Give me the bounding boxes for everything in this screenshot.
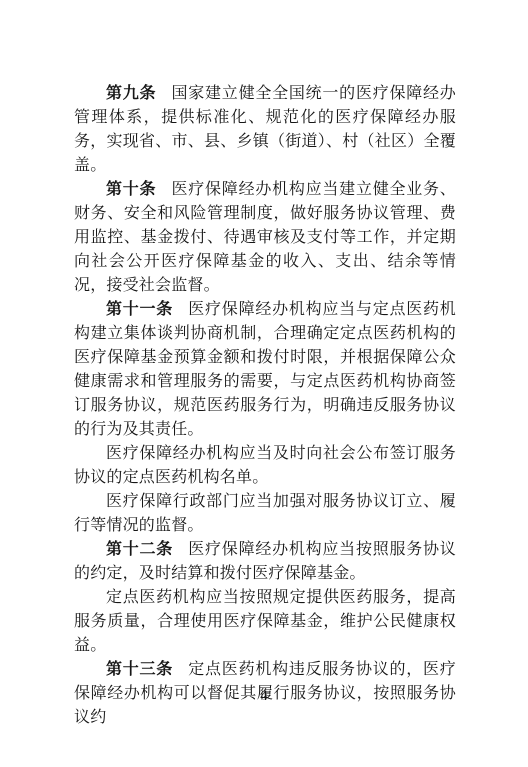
paragraph: 医疗保障经办机构应当及时向社会公布签订服务协议的定点医药机构名单。 <box>74 442 456 490</box>
document-body: 第九条国家建立健全全国统一的医疗保障经办管理体系，提供标准化、规范化的医疗保障经… <box>74 82 456 730</box>
paragraph-text: 定点医药机构应当按照规定提供医药服务，提高服务质量，合理使用医疗保障基金，维护公… <box>74 589 456 654</box>
paragraph-text: 医疗保障经办机构应当与定点医药机构建立集体谈判协商机制，合理确定定点医药机构的医… <box>74 301 456 438</box>
paragraph: 医疗保障行政部门应当加强对服务协议订立、履行等情况的监督。 <box>74 490 456 538</box>
article-number-label: 第九条 <box>106 85 156 102</box>
article-number-label: 第十条 <box>106 181 156 198</box>
paragraph: 第九条国家建立健全全国统一的医疗保障经办管理体系，提供标准化、规范化的医疗保障经… <box>74 82 456 178</box>
document-page: 第九条国家建立健全全国统一的医疗保障经办管理体系，提供标准化、规范化的医疗保障经… <box>0 0 528 767</box>
paragraph-text: 医疗保障经办机构应当及时向社会公布签订服务协议的定点医药机构名单。 <box>74 445 456 486</box>
page-number: 4 <box>0 688 528 705</box>
article-number-label: 第十二条 <box>106 541 173 558</box>
article-number-label: 第十三条 <box>106 661 173 678</box>
paragraph: 第十二条医疗保障经办机构应当按照服务协议的约定，及时结算和拨付医疗保障基金。 <box>74 538 456 586</box>
paragraph: 定点医药机构应当按照规定提供医药服务，提高服务质量，合理使用医疗保障基金，维护公… <box>74 586 456 658</box>
paragraph-text: 医疗保障行政部门应当加强对服务协议订立、履行等情况的监督。 <box>74 493 456 534</box>
article-number-label: 第十一条 <box>106 301 173 318</box>
paragraph: 第十一条医疗保障经办机构应当与定点医药机构建立集体谈判协商机制，合理确定定点医药… <box>74 298 456 442</box>
paragraph: 第十条医疗保障经办机构应当建立健全业务、财务、安全和风险管理制度，做好服务协议管… <box>74 178 456 298</box>
